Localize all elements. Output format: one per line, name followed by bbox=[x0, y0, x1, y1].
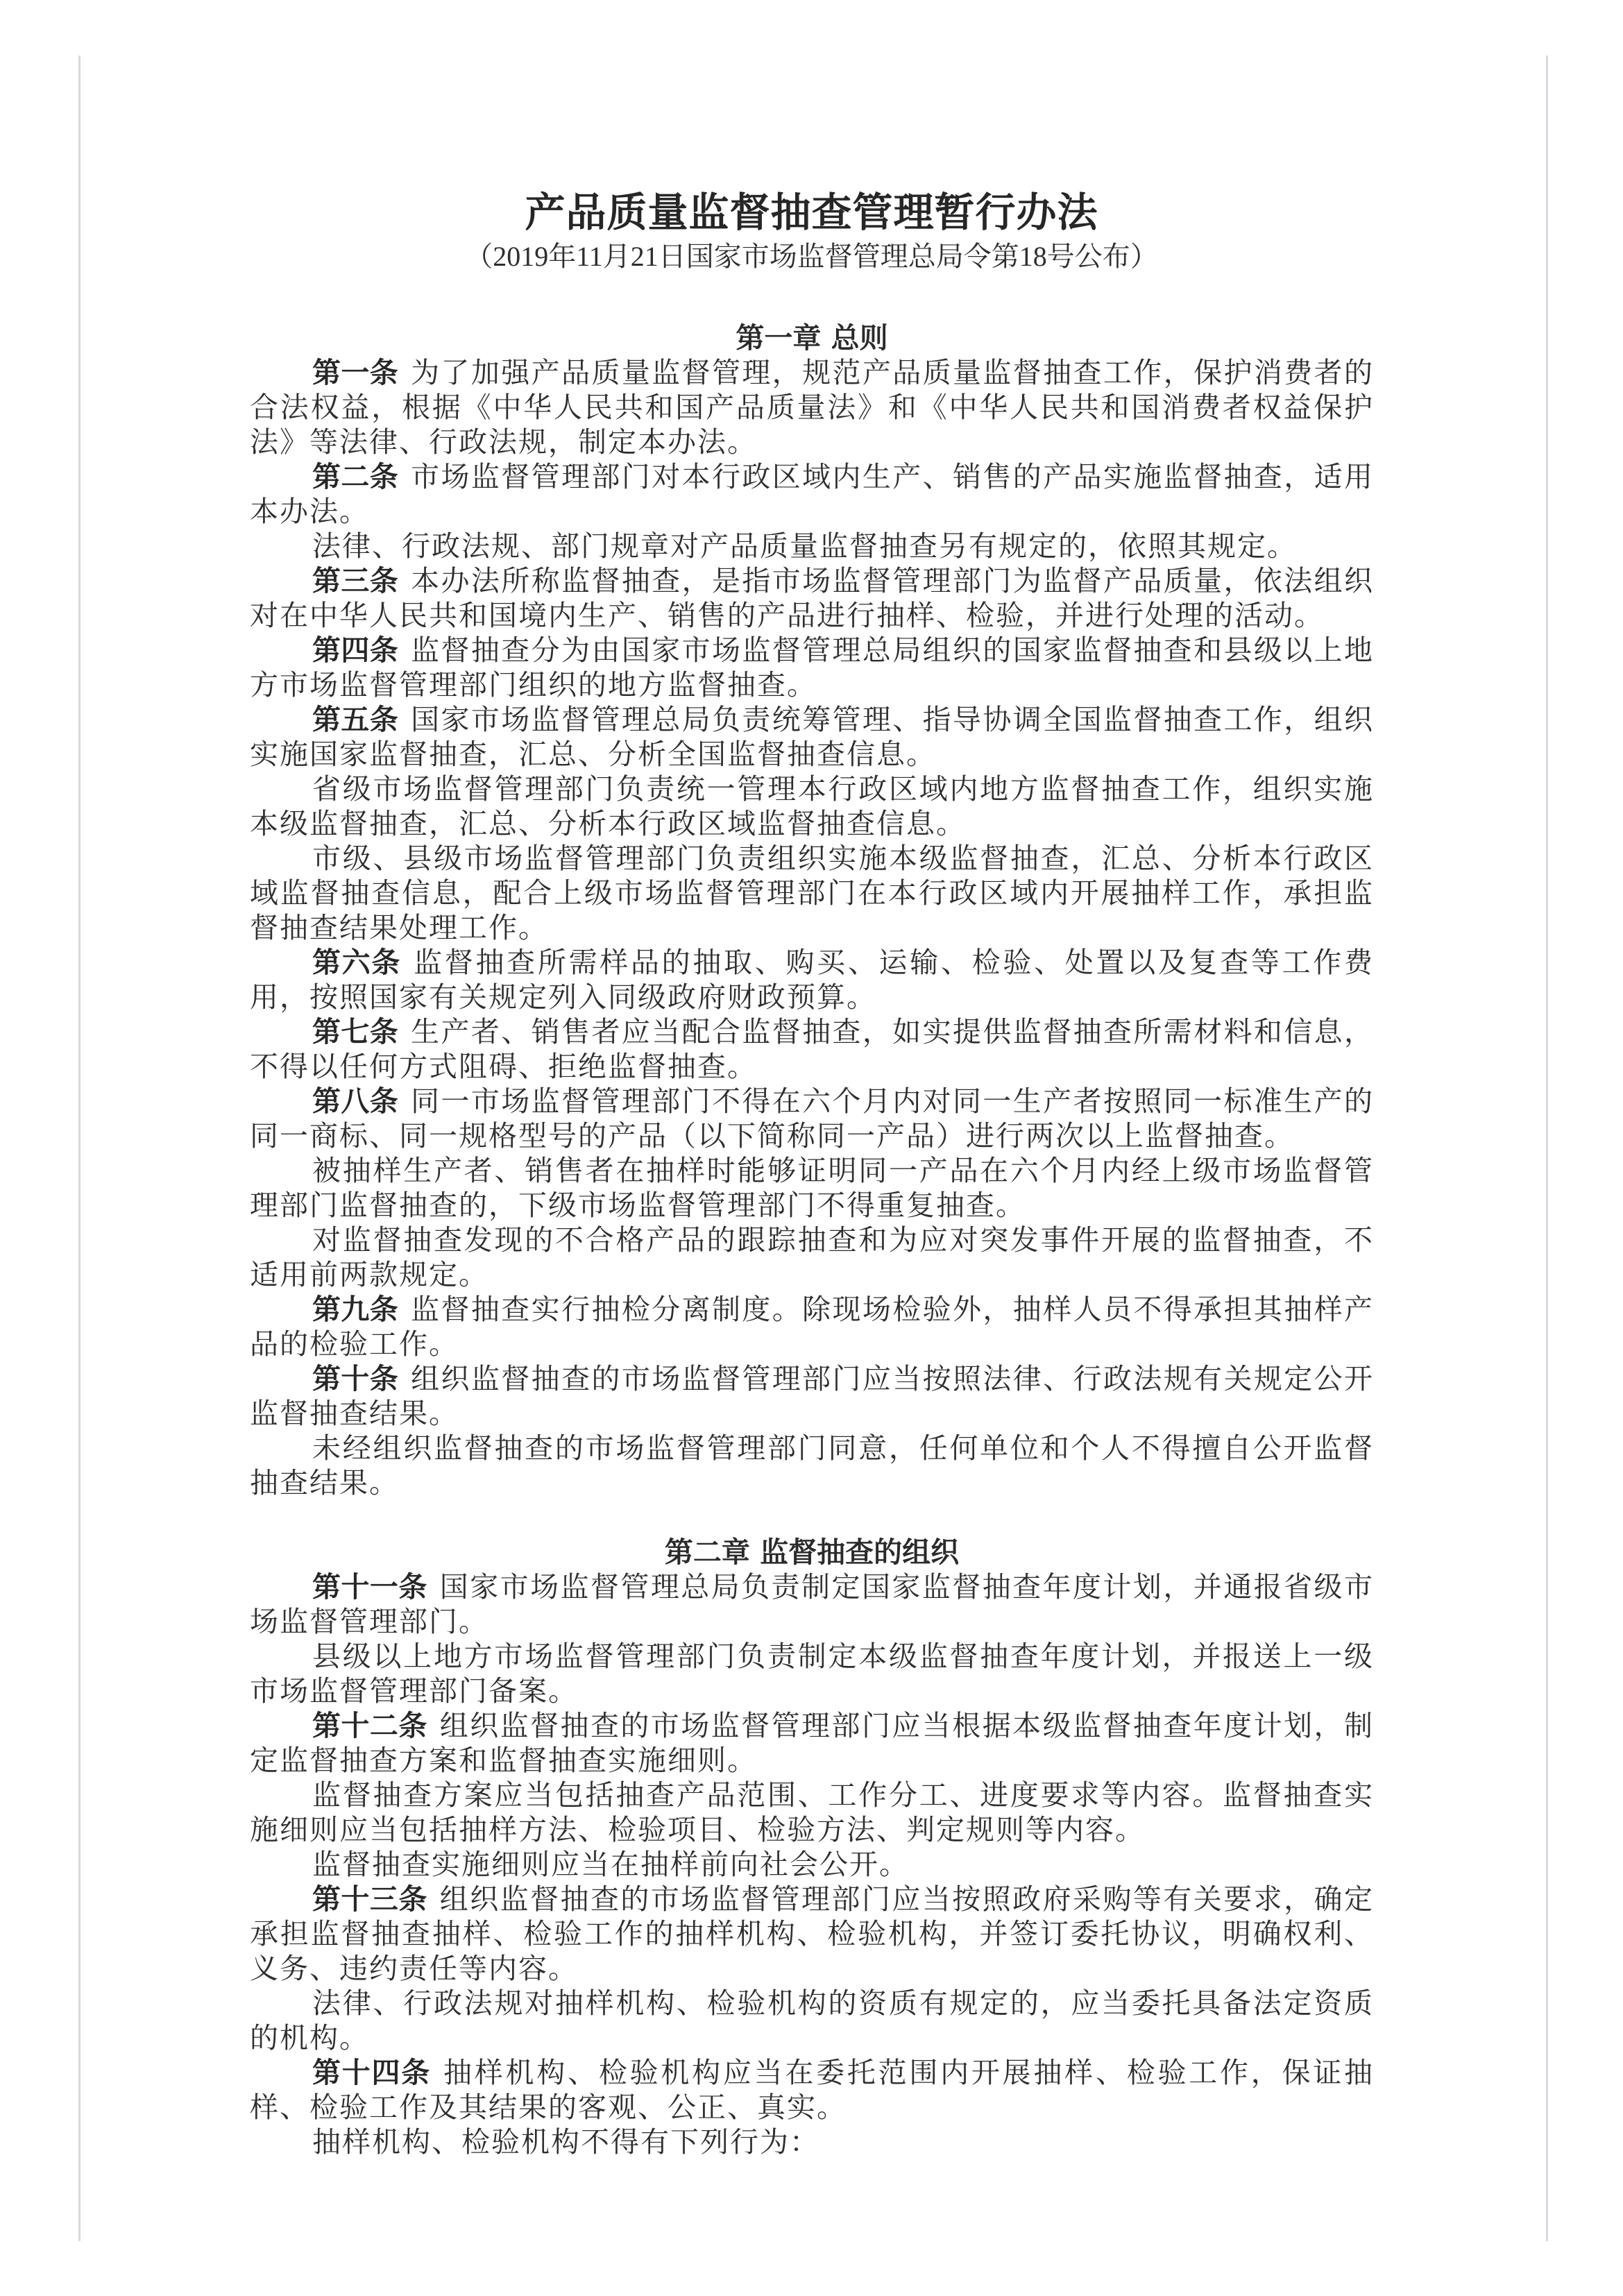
article-13: 第十三条组织监督抽查的市场监督管理部门应当按照政府采购等有关要求，确定承担监督抽… bbox=[250, 1882, 1374, 1986]
article-7: 第七条生产者、销售者应当配合监督抽查，如实提供监督抽查所需材料和信息，不得以任何… bbox=[250, 1014, 1374, 1084]
document-body: 第一章 总则 第一条为了加强产品质量监督管理，规范产品质量监督抽查工作，保护消费… bbox=[250, 321, 1374, 2159]
article-number: 第六条 bbox=[312, 946, 401, 979]
chapter-heading: 第二章 监督抽查的组织 bbox=[250, 1535, 1374, 1570]
article-text: 市级、县级市场监督管理部门负责组织实施本级监督抽查，汇总、分析本行政区域监督抽查… bbox=[250, 842, 1374, 944]
article-text: 组织监督抽查的市场监督管理部门应当按照法律、行政法规有关规定公开监督抽查结果。 bbox=[250, 1362, 1374, 1430]
article-text: 监督抽查方案应当包括抽查产品范围、工作分工、进度要求等内容。监督抽查实施细则应当… bbox=[250, 1778, 1374, 1846]
article-text: 监督抽查实施细则应当在抽样前向社会公开。 bbox=[312, 1848, 909, 1881]
article-12-clause-3: 监督抽查实施细则应当在抽样前向社会公开。 bbox=[250, 1847, 1374, 1882]
article-text: 监督抽查实行抽检分离制度。除现场检验外，抽样人员不得承担其抽样产品的检验工作。 bbox=[250, 1293, 1374, 1361]
article-text: 国家市场监督管理总局负责统筹管理、指导协调全国监督抽查工作，组织实施国家监督抽查… bbox=[250, 703, 1374, 771]
article-2-clause-2: 法律、行政法规、部门规章对产品质量监督抽查另有规定的，依照其规定。 bbox=[250, 529, 1374, 563]
article-8: 第八条同一市场监督管理部门不得在六个月内对同一生产者按照同一标准生产的同一商标、… bbox=[250, 1084, 1374, 1153]
article-number: 第十四条 bbox=[312, 2056, 431, 2089]
article-text: 被抽样生产者、销售者在抽样时能够证明同一产品在六个月内经上级市场监督管理部门监督… bbox=[250, 1154, 1374, 1222]
chapter-heading: 第一章 总则 bbox=[250, 321, 1374, 355]
article-text: 法律、行政法规、部门规章对产品质量监督抽查另有规定的，依照其规定。 bbox=[312, 529, 1297, 563]
article-number: 第二条 bbox=[312, 460, 398, 493]
article-10-clause-2: 未经组织监督抽查的市场监督管理部门同意，任何单位和个人不得擅自公开监督抽查结果。 bbox=[250, 1431, 1374, 1500]
article-text: 对监督抽查发现的不合格产品的跟踪抽查和为应对突发事件开展的监督抽查，不适用前两款… bbox=[250, 1223, 1374, 1291]
article-number: 第十条 bbox=[312, 1362, 398, 1395]
article-text: 抽样机构、检验机构不得有下列行为： bbox=[312, 2125, 819, 2159]
document-title: 产品质量监督抽查管理暂行办法 bbox=[0, 186, 1623, 239]
article-14: 第十四条抽样机构、检验机构应当在委托范围内开展抽样、检验工作，保证抽样、检验工作… bbox=[250, 2055, 1374, 2125]
article-text: 县级以上地方市场监督管理部门负责制定本级监督抽查年度计划，并报送上一级市场监督管… bbox=[250, 1640, 1374, 1708]
article-6: 第六条监督抽查所需样品的抽取、购买、运输、检验、处置以及复查等工作费用，按照国家… bbox=[250, 945, 1374, 1014]
article-5-clause-2: 省级市场监督管理部门负责统一管理本行政区域内地方监督抽查工作，组织实施本级监督抽… bbox=[250, 772, 1374, 841]
article-8-clause-3: 对监督抽查发现的不合格产品的跟踪抽查和为应对突发事件开展的监督抽查，不适用前两款… bbox=[250, 1223, 1374, 1292]
article-11: 第十一条国家市场监督管理总局负责制定国家监督抽查年度计划，并通报省级市场监督管理… bbox=[250, 1570, 1374, 1639]
article-number: 第三条 bbox=[312, 564, 398, 597]
article-text: 本办法所称监督抽查，是指市场监督管理部门为监督产品质量，依法组织对在中华人民共和… bbox=[250, 564, 1374, 632]
article-number: 第十三条 bbox=[312, 1882, 427, 1916]
page-left-border bbox=[78, 56, 80, 2241]
article-8-clause-2: 被抽样生产者、销售者在抽样时能够证明同一产品在六个月内经上级市场监督管理部门监督… bbox=[250, 1153, 1374, 1223]
article-13-clause-2: 法律、行政法规对抽样机构、检验机构的资质有规定的，应当委托具备法定资质的机构。 bbox=[250, 1986, 1374, 2055]
article-4: 第四条监督抽查分为由国家市场监督管理总局组织的国家监督抽查和县级以上地方市场监督… bbox=[250, 633, 1374, 702]
article-number: 第九条 bbox=[312, 1293, 398, 1326]
document-subtitle: （2019年11月21日国家市场监督管理总局令第18号公布） bbox=[0, 239, 1623, 275]
article-number: 第十一条 bbox=[312, 1570, 427, 1604]
article-number: 第七条 bbox=[312, 1015, 398, 1048]
article-5-clause-3: 市级、县级市场监督管理部门负责组织实施本级监督抽查，汇总、分析本行政区域监督抽查… bbox=[250, 841, 1374, 945]
article-1: 第一条为了加强产品质量监督管理，规范产品质量监督抽查工作，保护消费者的合法权益，… bbox=[250, 355, 1374, 459]
article-text: 同一市场监督管理部门不得在六个月内对同一生产者按照同一标准生产的同一商标、同一规… bbox=[250, 1085, 1374, 1153]
article-number: 第五条 bbox=[312, 703, 398, 736]
article-10: 第十条组织监督抽查的市场监督管理部门应当按照法律、行政法规有关规定公开监督抽查结… bbox=[250, 1361, 1374, 1431]
chapter-1: 第一章 总则 第一条为了加强产品质量监督管理，规范产品质量监督抽查工作，保护消费… bbox=[250, 321, 1374, 1500]
article-12: 第十二条组织监督抽查的市场监督管理部门应当根据本级监督抽查年度计划，制定监督抽查… bbox=[250, 1708, 1374, 1778]
article-text: 市场监督管理部门对本行政区域内生产、销售的产品实施监督抽查，适用本办法。 bbox=[250, 460, 1374, 528]
article-5: 第五条国家市场监督管理总局负责统筹管理、指导协调全国监督抽查工作，组织实施国家监… bbox=[250, 702, 1374, 772]
article-text: 未经组织监督抽查的市场监督管理部门同意，任何单位和个人不得擅自公开监督抽查结果。 bbox=[250, 1431, 1374, 1499]
page-right-border bbox=[1546, 56, 1548, 2241]
article-number: 第十二条 bbox=[312, 1709, 427, 1742]
article-2: 第二条市场监督管理部门对本行政区域内生产、销售的产品实施监督抽查，适用本办法。 bbox=[250, 459, 1374, 529]
article-12-clause-2: 监督抽查方案应当包括抽查产品范围、工作分工、进度要求等内容。监督抽查实施细则应当… bbox=[250, 1778, 1374, 1847]
article-9: 第九条监督抽查实行抽检分离制度。除现场检验外，抽样人员不得承担其抽样产品的检验工… bbox=[250, 1292, 1374, 1361]
article-text: 为了加强产品质量监督管理，规范产品质量监督抽查工作，保护消费者的合法权益，根据《… bbox=[250, 356, 1374, 459]
chapter-spacer bbox=[250, 1500, 1374, 1535]
article-3: 第三条本办法所称监督抽查，是指市场监督管理部门为监督产品质量，依法组织对在中华人… bbox=[250, 563, 1374, 633]
article-text: 省级市场监督管理部门负责统一管理本行政区域内地方监督抽查工作，组织实施本级监督抽… bbox=[250, 772, 1374, 840]
article-number: 第一条 bbox=[312, 356, 398, 389]
article-number: 第八条 bbox=[312, 1085, 398, 1118]
article-14-clause-2: 抽样机构、检验机构不得有下列行为： bbox=[250, 2125, 1374, 2159]
article-text: 监督抽查所需样品的抽取、购买、运输、检验、处置以及复查等工作费用，按照国家有关规… bbox=[250, 946, 1374, 1014]
chapter-2: 第二章 监督抽查的组织 第十一条国家市场监督管理总局负责制定国家监督抽查年度计划… bbox=[250, 1535, 1374, 2159]
article-11-clause-2: 县级以上地方市场监督管理部门负责制定本级监督抽查年度计划，并报送上一级市场监督管… bbox=[250, 1639, 1374, 1708]
article-text: 监督抽查分为由国家市场监督管理总局组织的国家监督抽查和县级以上地方市场监督管理部… bbox=[250, 633, 1374, 701]
article-number: 第四条 bbox=[312, 633, 398, 667]
article-text: 生产者、销售者应当配合监督抽查，如实提供监督抽查所需材料和信息，不得以任何方式阻… bbox=[250, 1015, 1374, 1083]
article-text: 法律、行政法规对抽样机构、检验机构的资质有规定的，应当委托具备法定资质的机构。 bbox=[250, 1987, 1374, 2055]
